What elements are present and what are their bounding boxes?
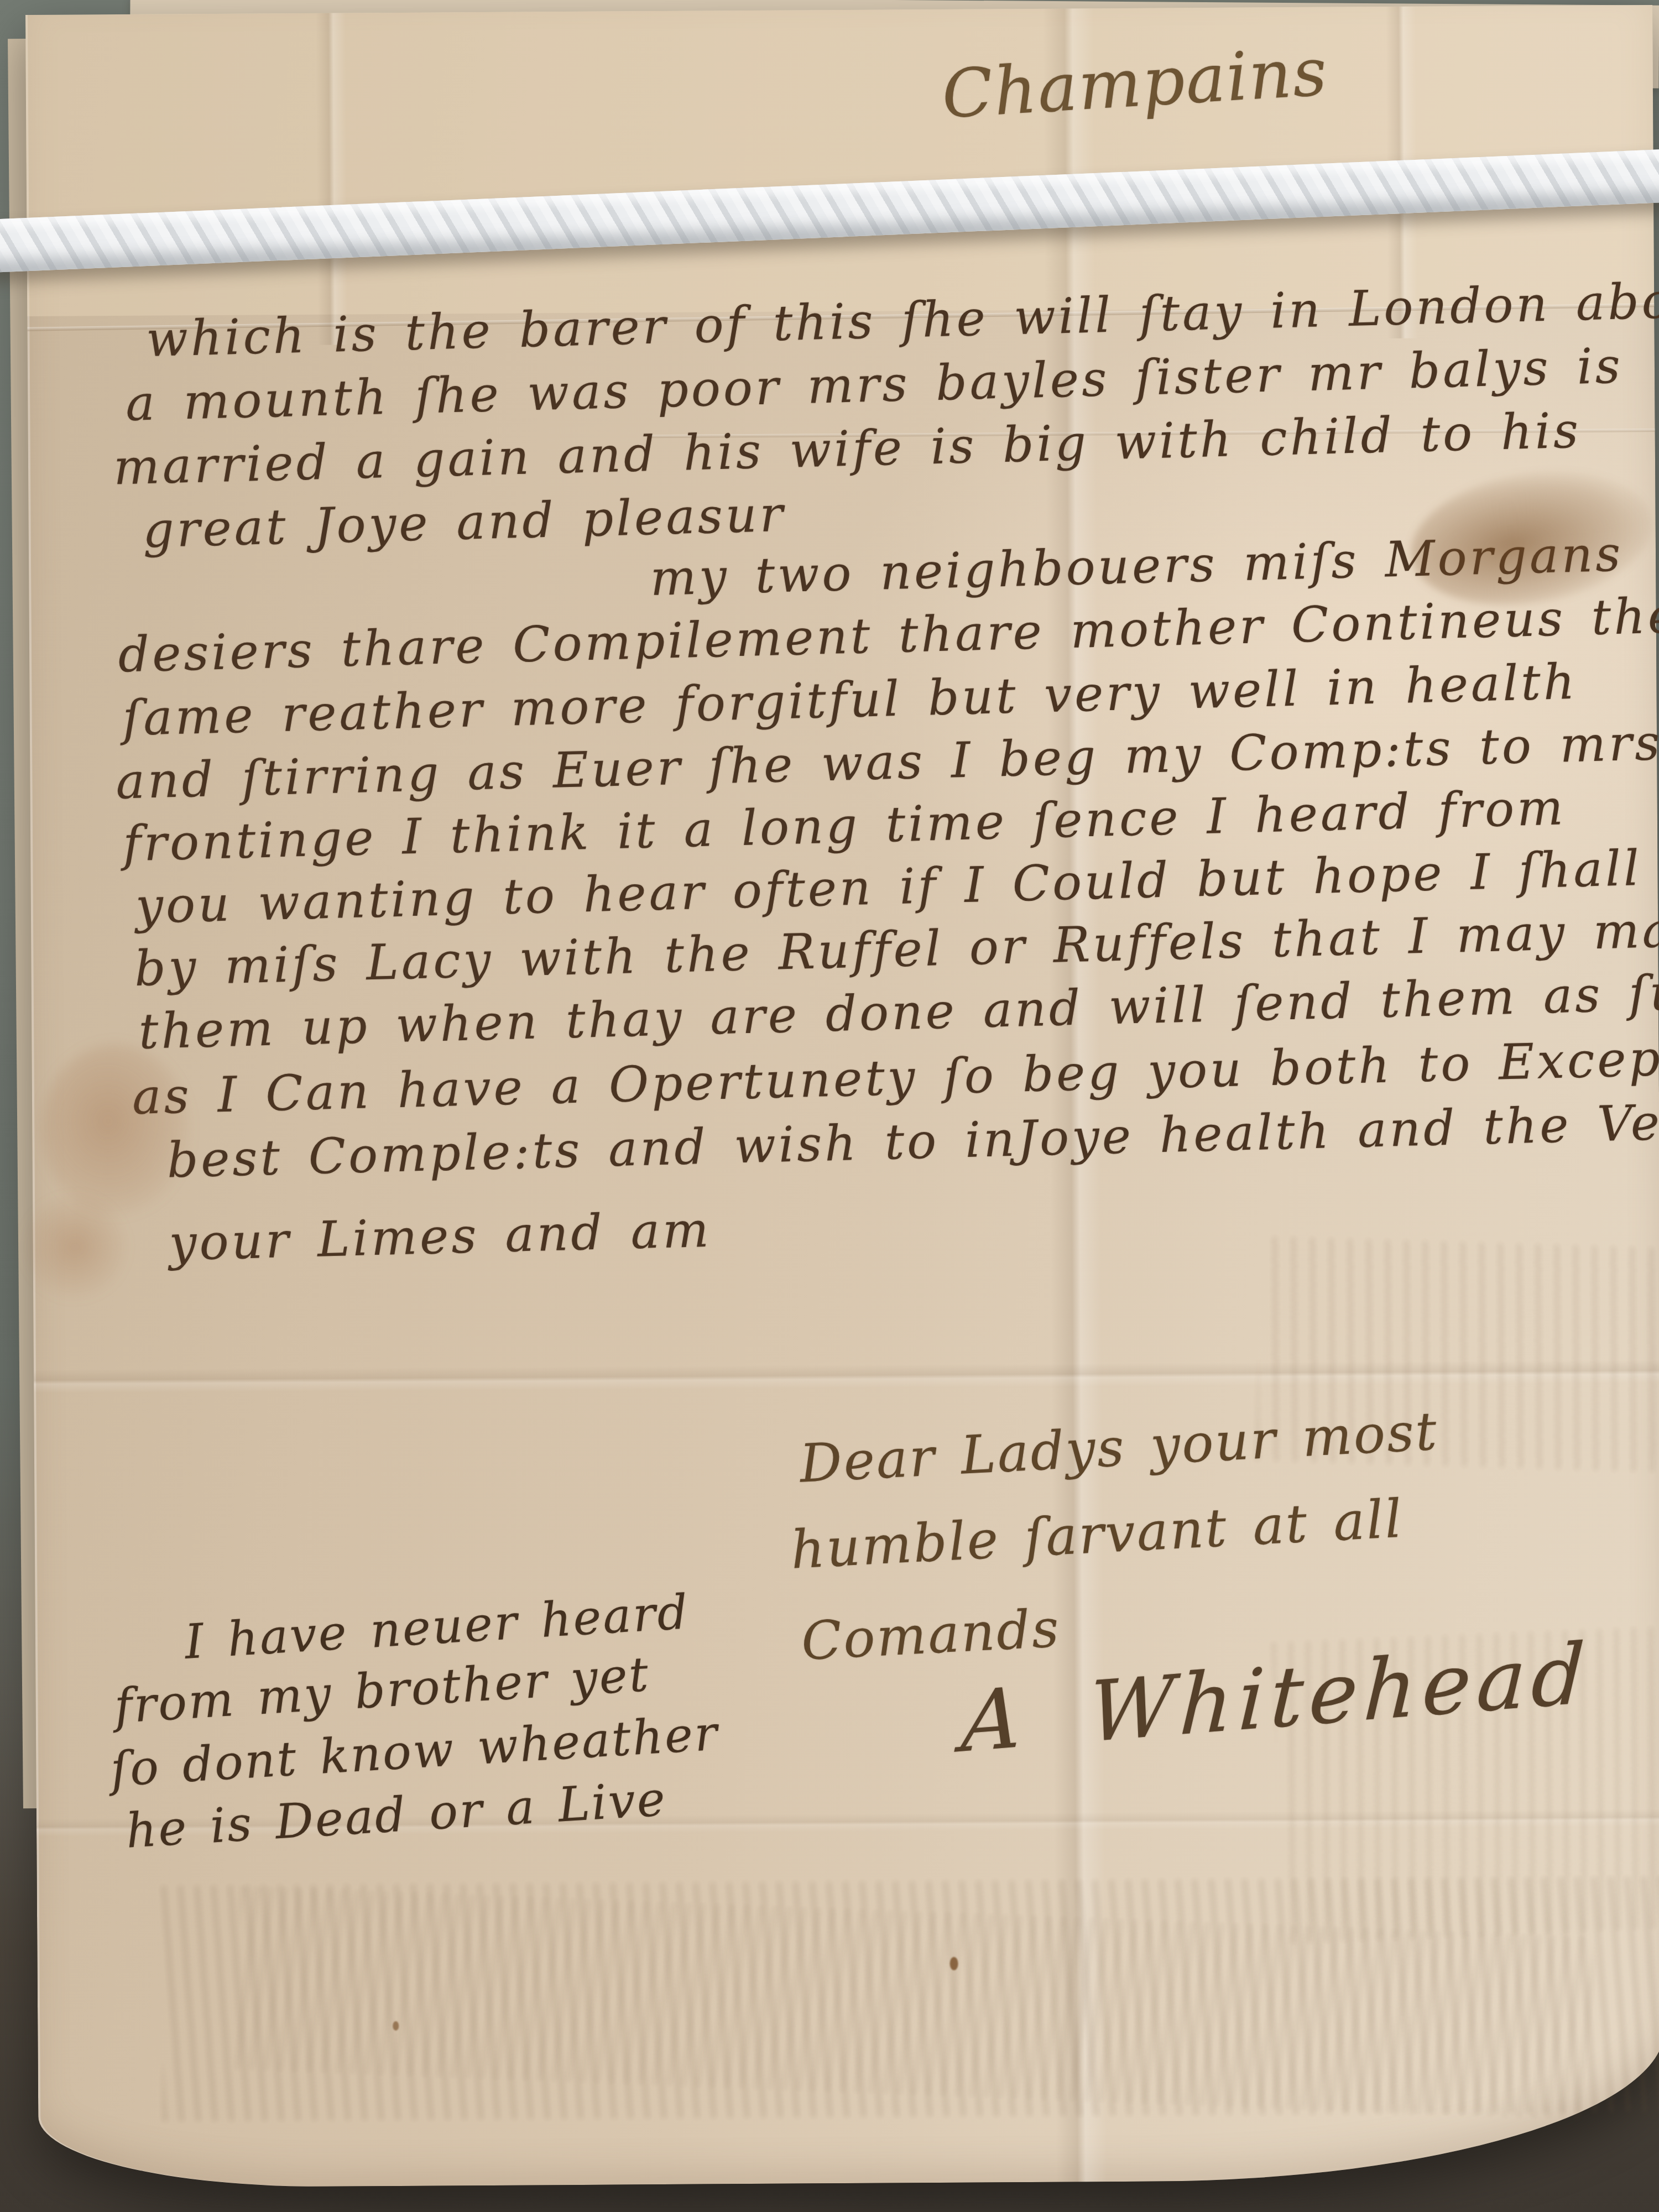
ink-speck <box>950 1957 958 1970</box>
letter-line: your Limes and am <box>169 1206 712 1268</box>
handwriting-layer: Champains which is the barer of this ſhe… <box>19 0 1659 2189</box>
photo-scene: Champains which is the barer of this ſhe… <box>0 0 1659 2212</box>
closing-line: humble ſarvant at all <box>790 1489 1405 1581</box>
letter-paper: Champains which is the barer of this ſhe… <box>25 5 1659 2188</box>
ink-speck <box>393 2021 399 2031</box>
paper-stain <box>40 1044 191 1216</box>
paper-stain <box>19 1191 131 1302</box>
page-heading: Champains <box>940 34 1330 134</box>
closing-line: Comands <box>800 1598 1062 1672</box>
letter-line: great Joye and pleasur <box>142 490 786 555</box>
closing-line: Dear Ladys your most <box>799 1401 1440 1494</box>
